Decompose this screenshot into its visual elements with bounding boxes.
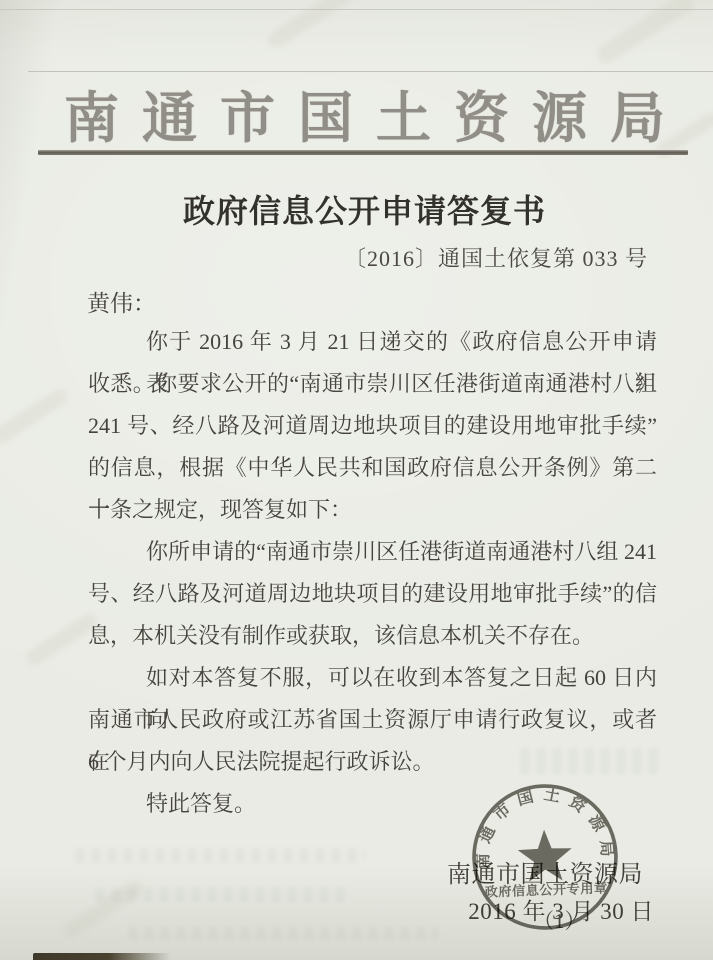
next-page-edge [33, 953, 171, 960]
body-line: 如对本答复不服，可以在收到本答复之日起 60 日内向 [88, 657, 657, 699]
watermark-artifact [265, 0, 353, 51]
letterhead-rule [38, 150, 688, 155]
bleed-through-artifact [95, 888, 350, 902]
body-line: 息，本机关没有制作或获取，该信息本机关不存在。 [88, 615, 657, 657]
letterhead-agency-name: 南通市国土资源局 [64, 74, 688, 153]
official-seal: 南通市国土资源局 政府信息公开专用章 [466, 778, 623, 935]
bleed-through-artifact [75, 848, 365, 863]
seal-star-icon [517, 829, 573, 882]
body-line: 一条之规定，现答复如下： [88, 489, 657, 531]
scanned-letter-page: 南通市国土资源局 政府信息公开申请答复书 〔2016〕通国土依复第 033 号 … [0, 0, 713, 960]
body-line: 241 号、经八路及河道周边地块项目的建设用地审批手续” [88, 405, 657, 447]
watermark-artifact [0, 386, 71, 446]
document-title: 政府信息公开申请答复书 [0, 186, 713, 232]
bleed-through-artifact [128, 926, 438, 940]
seal-banner-text: 政府信息公开专用章 [484, 879, 607, 899]
body-line: 南通市人民政府或江苏省国土资源厅申请行政复议，或者在 [88, 699, 657, 741]
reference-number: 〔2016〕通国土依复第 033 号 [344, 242, 648, 273]
body-text: 你于 2016 年 3 月 21 日递交的《政府信息公开申请表》 收悉。你要求公… [88, 321, 657, 825]
body-line: 6 个月内向人民法院提起行政诉讼。 [88, 741, 657, 783]
body-line: 收悉。你要求公开的“南通市崇川区任港街道南通港村八组 [88, 363, 657, 405]
salutation: 黄伟： [87, 285, 156, 318]
body-line: 你所申请的“南通市崇川区任港街道南通港村八组 241 [88, 531, 657, 573]
body-line: 号、经八路及河道周边地块项目的建设用地审批手续”的信 [88, 573, 657, 615]
body-line: 你于 2016 年 3 月 21 日递交的《政府信息公开申请表》 [88, 321, 657, 363]
body-line: 的信息，根据《中华人民共和国政府信息公开条例》第二十 [88, 447, 657, 489]
letterhead-top-line [28, 71, 713, 72]
scan-edge-line [0, 9, 713, 10]
